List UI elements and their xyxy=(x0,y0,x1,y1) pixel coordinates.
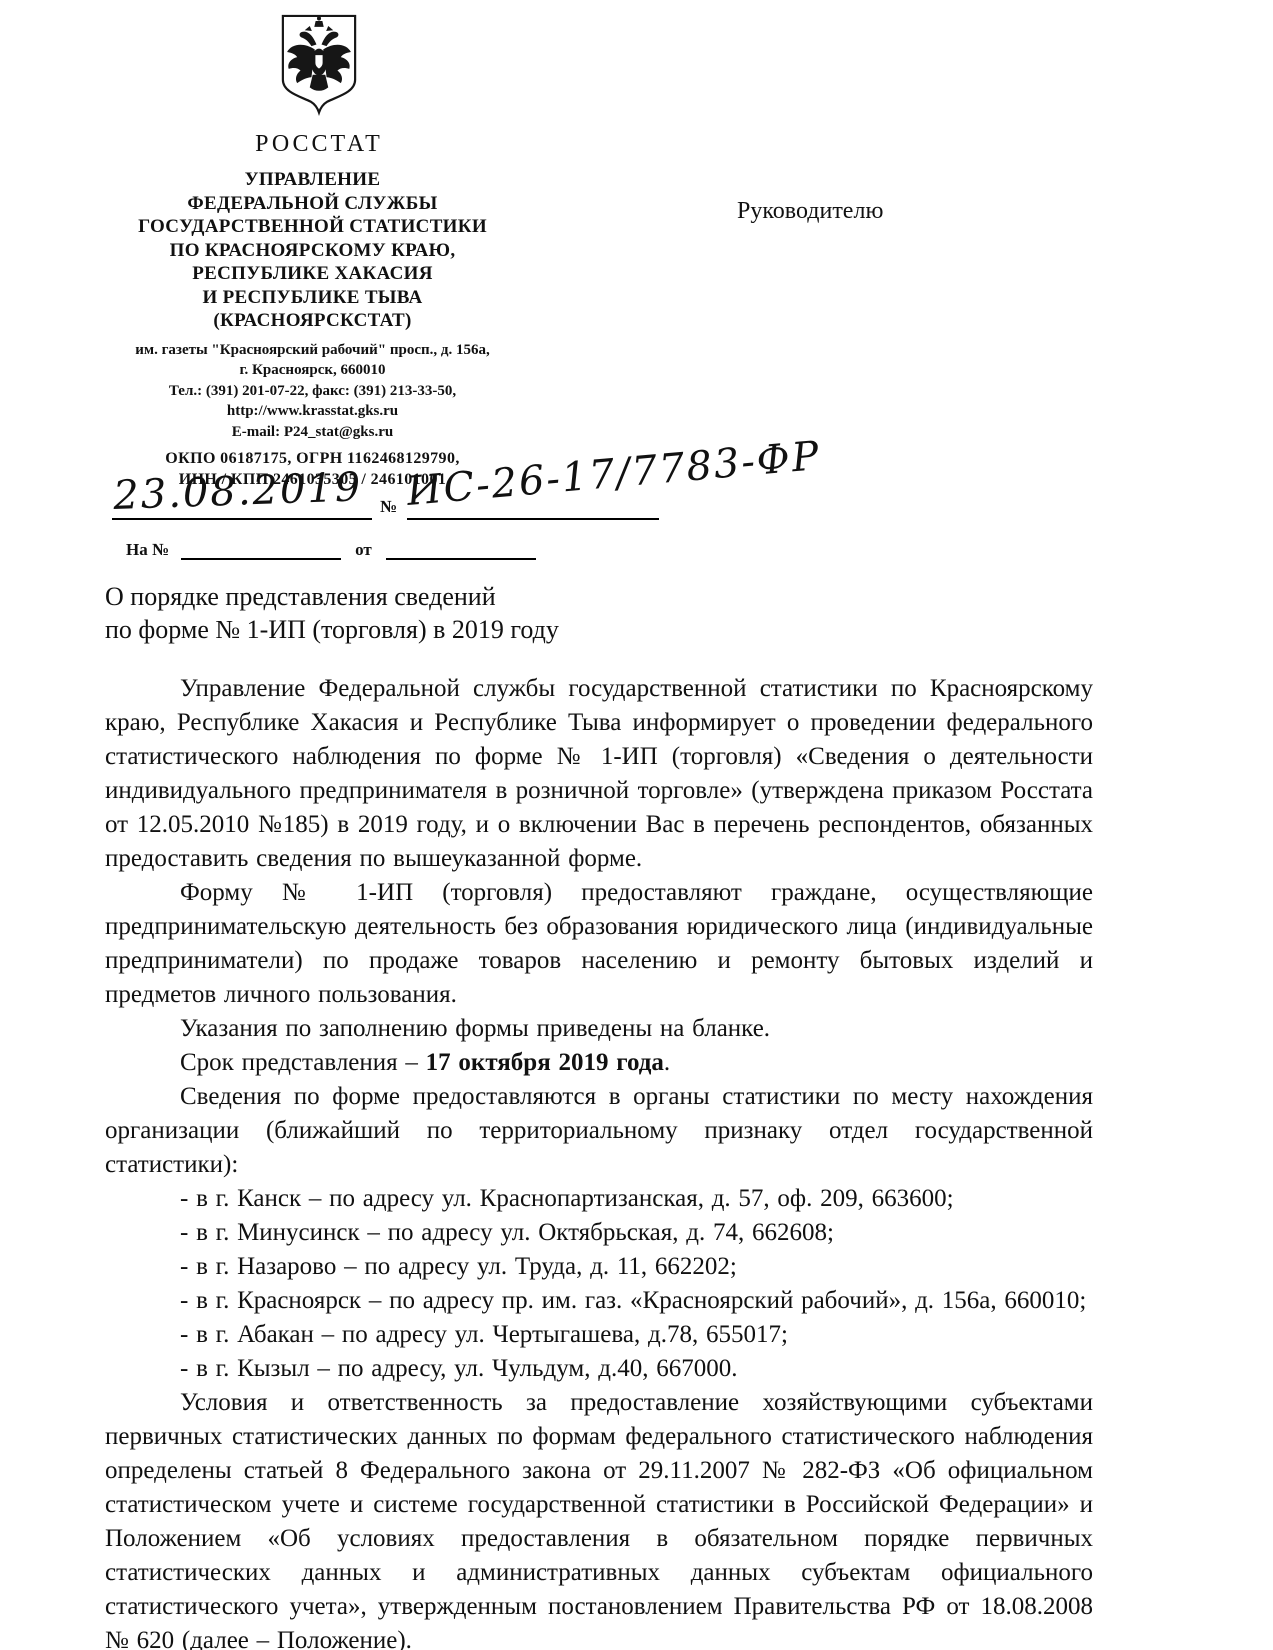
office-address-abakan: - в г. Абакан – по адресу ул. Чертыгашев… xyxy=(105,1318,1093,1352)
reply-from-label: от xyxy=(355,540,372,560)
paragraph-intro: Управление Федеральной службы государств… xyxy=(105,672,1093,876)
office-address-nazarovo: - в г. Назарово – по адресу ул. Труда, д… xyxy=(105,1250,1093,1284)
letter-page: РОССТАТ УПРАВЛЕНИЕ ФЕДЕРАЛЬНОЙ СЛУЖБЫ ГО… xyxy=(0,0,1273,1650)
recipient: Руководителю xyxy=(737,198,883,225)
office-address-kansk: - в г. Канск – по адресу ул. Краснопарти… xyxy=(105,1182,1093,1216)
street-address: им. газеты "Красноярский рабочий" просп.… xyxy=(85,340,540,361)
letterhead-org-block: УПРАВЛЕНИЕ ФЕДЕРАЛЬНОЙ СЛУЖБЫ ГОСУДАРСТВ… xyxy=(85,168,540,490)
deadline-suffix: . xyxy=(664,1049,670,1076)
reply-date-blank xyxy=(386,538,536,560)
email: E-mail: P24_stat@gks.ru xyxy=(85,422,540,443)
reply-number-label: На № xyxy=(126,540,169,560)
subject-block: О порядке представления сведений по форм… xyxy=(105,580,559,646)
org-name-line: ФЕДЕРАЛЬНОЙ СЛУЖБЫ xyxy=(85,192,540,216)
deadline-date: 17 октября 2019 года xyxy=(426,1049,664,1076)
reply-reference-line: На № от xyxy=(126,536,536,560)
agency-name: РОССТАТ xyxy=(239,131,399,158)
subject-line-2: по форме № 1-ИП (торговля) в 2019 году xyxy=(105,613,559,646)
deadline-prefix: Срок представления – xyxy=(180,1049,426,1076)
reply-number-blank xyxy=(181,538,341,560)
letterhead-address-block: им. газеты "Красноярский рабочий" просп.… xyxy=(85,340,540,443)
subject-line-1: О порядке представления сведений xyxy=(105,580,559,613)
paragraph-instructions: Указания по заполнению формы приведены н… xyxy=(105,1012,1093,1046)
letterhead-emblem: РОССТАТ xyxy=(239,12,399,158)
paragraph-who-submits: Форму № 1-ИП (торговля) предоставляют гр… xyxy=(105,876,1093,1012)
paragraph-deadline: Срок представления – 17 октября 2019 год… xyxy=(105,1046,1093,1080)
number-underline: ИС-26-17/7783-ФР xyxy=(407,476,659,520)
org-name-line: ГОСУДАРСТВЕННОЙ СТАТИСТИКИ xyxy=(85,215,540,239)
office-address-kyzyl: - в г. Кызыл – по адресу, ул. Чульдум, д… xyxy=(105,1352,1093,1386)
city-address: г. Красноярск, 660010 xyxy=(85,360,540,381)
paragraph-where-to-submit: Сведения по форме предоставляются в орга… xyxy=(105,1080,1093,1182)
date-underline: 23.08.2019 xyxy=(112,476,372,520)
office-address-minusinsk: - в г. Минусинск – по адресу ул. Октябрь… xyxy=(105,1216,1093,1250)
org-name-line: УПРАВЛЕНИЕ xyxy=(85,168,540,192)
number-sign-label: № xyxy=(380,497,397,517)
office-address-krasnoyarsk: - в г. Красноярск – по адресу пр. им. га… xyxy=(105,1284,1093,1318)
letter-body: Управление Федеральной службы государств… xyxy=(105,672,1093,1650)
paragraph-legal: Условия и ответственность за предоставле… xyxy=(105,1386,1093,1650)
org-name-line: РЕСПУБЛИКЕ ХАКАСИЯ xyxy=(85,262,540,286)
org-short-name: (КРАСНОЯРСКСТАТ) xyxy=(85,309,540,333)
org-name-line: ПО КРАСНОЯРСКОМУ КРАЮ, xyxy=(85,239,540,263)
handwritten-number: ИС-26-17/7783-ФР xyxy=(405,436,822,512)
russian-coat-of-arms-icon xyxy=(277,12,361,124)
reference-line: 23.08.2019 № ИС-26-17/7783-ФР xyxy=(112,448,659,520)
website: http://www.krasstat.gks.ru xyxy=(85,401,540,422)
handwritten-date: 23.08.2019 xyxy=(113,467,363,516)
phone-fax: Тел.: (391) 201-07-22, факс: (391) 213-3… xyxy=(85,381,540,402)
org-name-line: И РЕСПУБЛИКЕ ТЫВА xyxy=(85,286,540,310)
